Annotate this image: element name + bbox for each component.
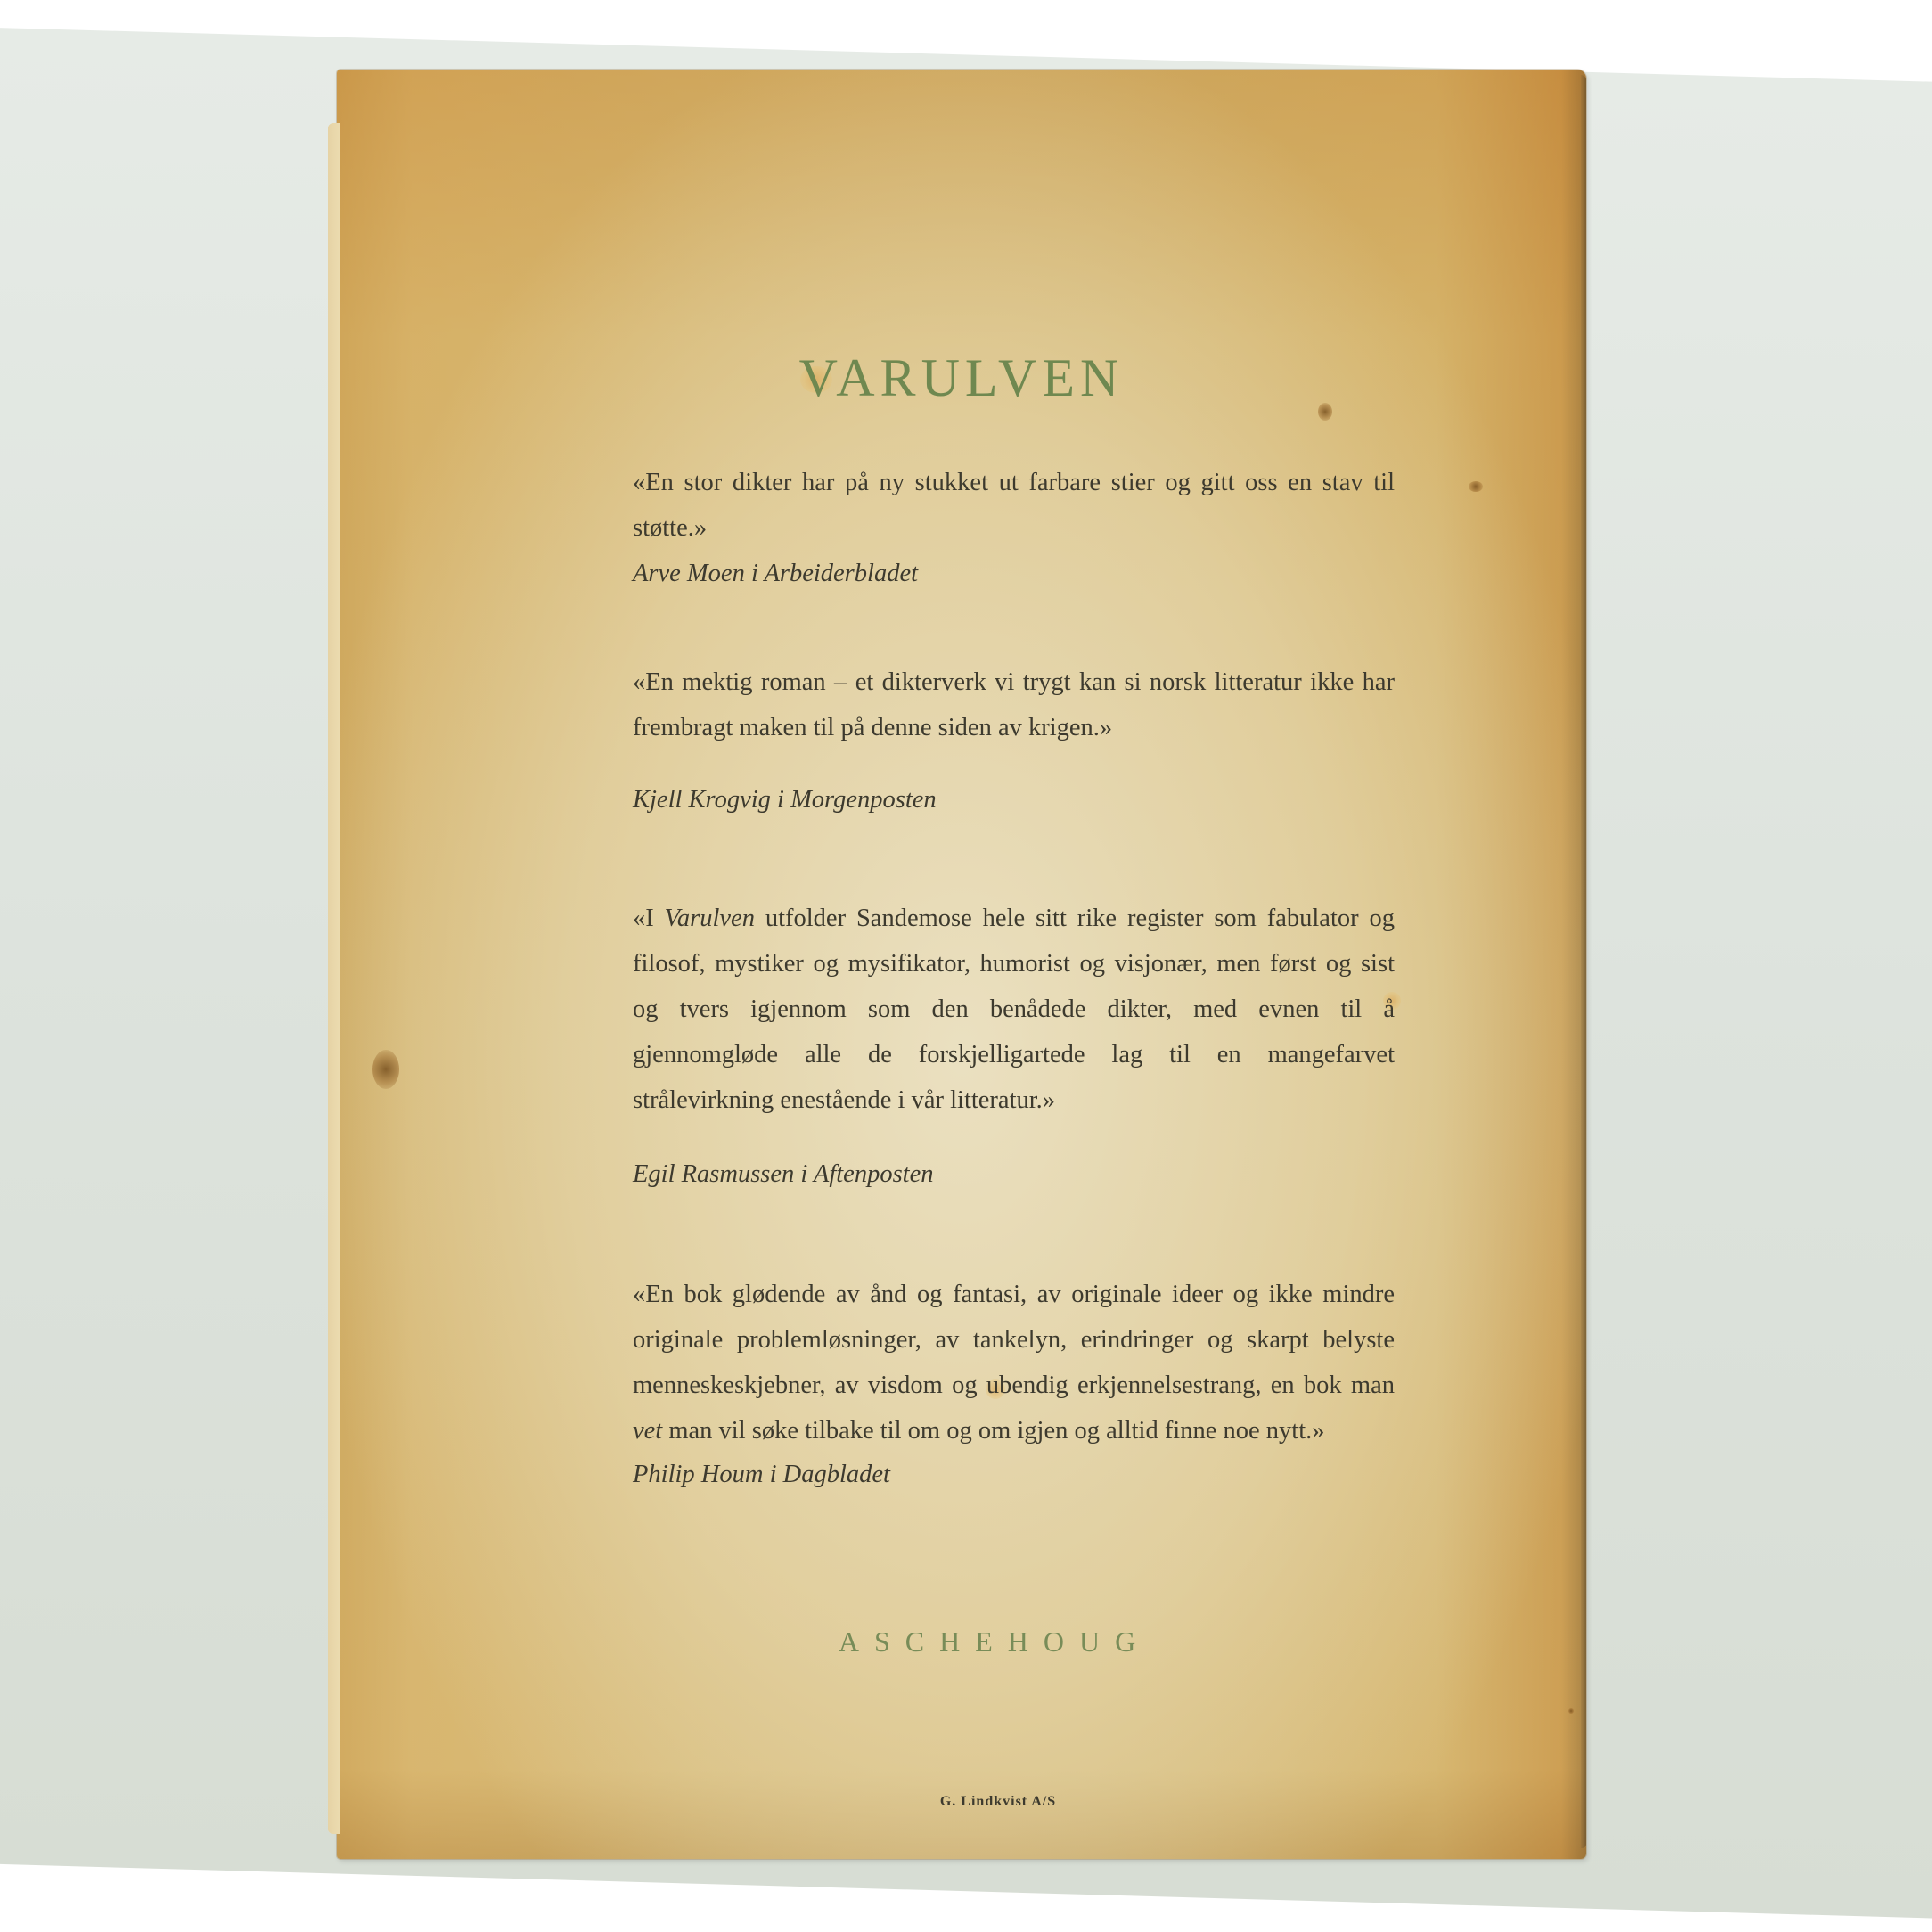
quote-italic-title: Varulven: [665, 905, 755, 932]
photo-scene: VARULVEN «En stor dikter har på ny stukk…: [0, 0, 1932, 1932]
book-title: VARULVEN: [337, 348, 1586, 409]
book-back-cover: VARULVEN «En stor dikter har på ny stukk…: [337, 70, 1586, 1859]
quote-source: Kjell Krogvig i Morgenposten: [633, 777, 1395, 823]
stain-mark: [1568, 1708, 1574, 1714]
quote-source: Arve Moen i Arbeiderbladet: [633, 551, 1395, 596]
quote-text: «En mektig roman – et dikterverk vi tryg…: [633, 659, 1395, 750]
quote-text-part: man vil søke tilbake til om og om igjen …: [662, 1417, 1324, 1445]
quote-text: «En stor dikter har på ny stukket ut far…: [633, 460, 1395, 551]
review-quote: «I Varulven utfolder Sandemose hele sitt…: [633, 896, 1395, 1197]
stain-mark: [372, 1050, 399, 1089]
printer-name: G. Lindkvist A/S: [337, 1794, 1586, 1810]
review-quote: «En stor dikter har på ny stukket ut far…: [633, 460, 1395, 596]
quote-text-part: «En bok glødende av ånd og fantasi, av o…: [633, 1281, 1395, 1399]
quote-text: «I Varulven utfolder Sandemose hele sitt…: [633, 896, 1395, 1123]
stain-mark: [1469, 481, 1483, 492]
review-quote: «En mektig roman – et dikterverk vi tryg…: [633, 659, 1395, 823]
publisher-name: ASCHEHOUG: [337, 1625, 1586, 1658]
quote-text-part: «I: [633, 905, 665, 932]
quote-italic-word: vet: [633, 1417, 662, 1445]
quote-text: «En bok glødende av ånd og fantasi, av o…: [633, 1272, 1395, 1453]
quote-text-part: utfolder Sandemose hele sitt rike regist…: [633, 905, 1395, 1114]
quote-source: Egil Rasmussen i Aftenposten: [633, 1151, 1395, 1197]
review-quote: «En bok glødende av ånd og fantasi, av o…: [633, 1272, 1395, 1497]
quote-source: Philip Houm i Dagbladet: [633, 1452, 1395, 1497]
